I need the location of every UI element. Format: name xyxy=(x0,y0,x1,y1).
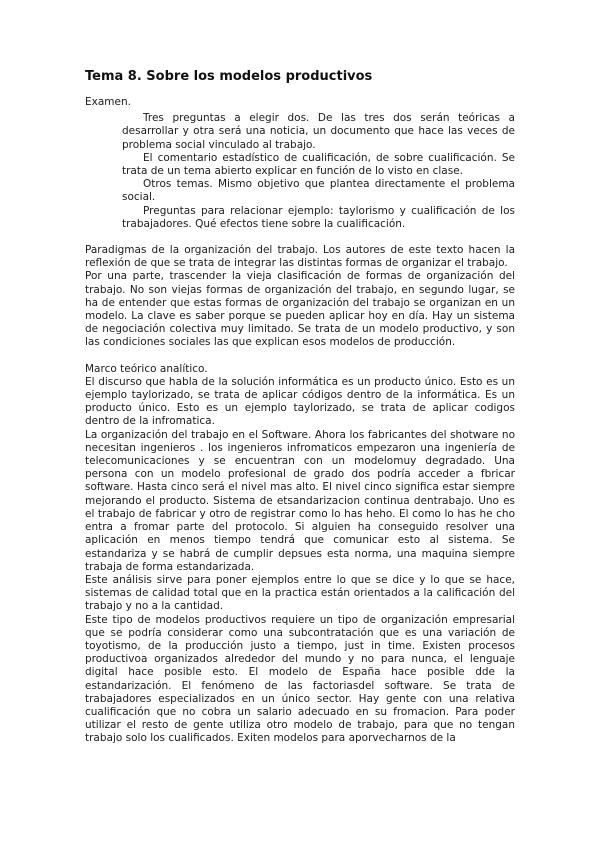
body-paragraph: El discurso que habla de la solución inf… xyxy=(85,376,515,429)
document-title: Tema 8. Sobre los modelos productivos xyxy=(85,69,515,84)
blank-line xyxy=(85,350,515,363)
exam-item: Tres preguntas a elegir dos. De las tres… xyxy=(122,112,515,152)
marco-heading: Marco teórico analítico. xyxy=(85,363,515,376)
exam-item: Otros temas. Mismo objetivo que plantea … xyxy=(122,178,515,204)
body-paragraph: La organización del trabajo en el Softwa… xyxy=(85,429,515,574)
body-paragraph: Paradigmas de la organización del trabaj… xyxy=(85,244,515,270)
exam-items: Tres preguntas a elegir dos. De las tres… xyxy=(85,112,515,231)
exam-item: Preguntas para relacionar ejemplo: taylo… xyxy=(122,205,515,231)
text-content: Tema 8. Sobre los modelos productivos Ex… xyxy=(85,69,515,746)
document-page: Tema 8. Sobre los modelos productivos Ex… xyxy=(0,0,599,848)
paradigmas-section: Paradigmas de la organización del trabaj… xyxy=(85,244,515,350)
exam-heading: Examen. xyxy=(85,96,515,109)
body-paragraph: Este análisis sirve para poner ejemplos … xyxy=(85,574,515,614)
body-paragraph: Este tipo de modelos productivos requier… xyxy=(85,614,515,746)
body-paragraph: Por una parte, trascender la vieja clasi… xyxy=(85,270,515,349)
exam-item: El comentario estadístico de cualificaci… xyxy=(122,152,515,178)
marco-section: Marco teórico analítico. El discurso que… xyxy=(85,363,515,746)
blank-line xyxy=(85,231,515,244)
